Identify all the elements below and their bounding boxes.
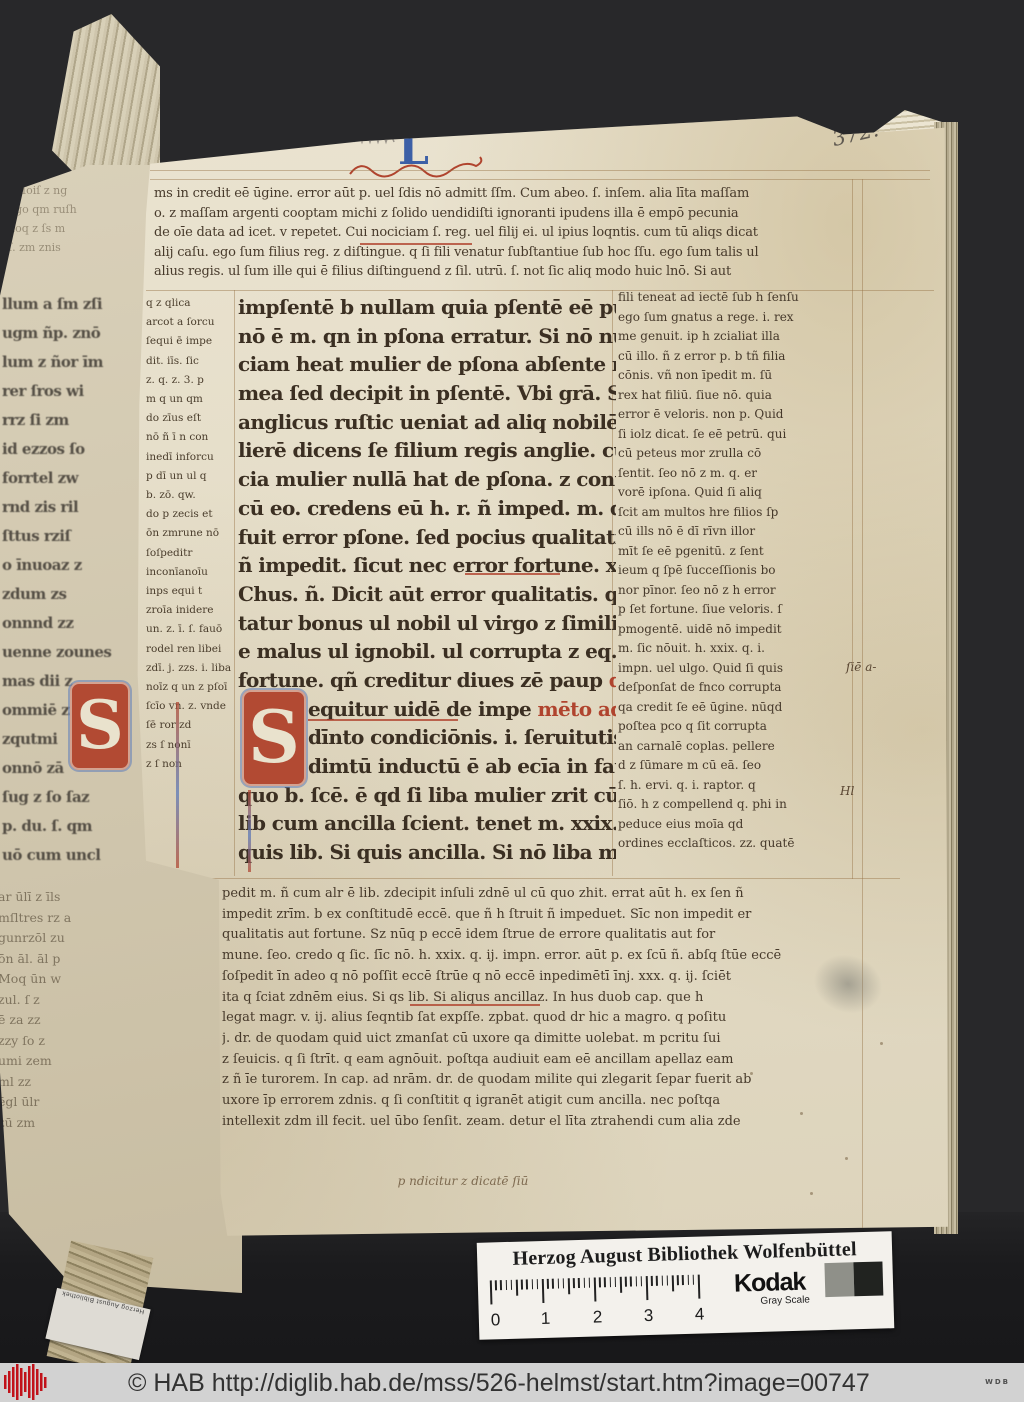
manuscript-text-line: quo b. ſcē. ē qd ſi liba mulier zrit cū … (238, 781, 616, 810)
manuscript-text-line: dīnto condiciōnis. i. ſeruitutis. qd imp… (238, 723, 616, 752)
ruler-icon: 01234 (490, 1274, 709, 1332)
manuscript-text-line: pedit m. ñ cum alr ē lib. zdecipit inſul… (222, 884, 836, 905)
column-rule (852, 179, 853, 879)
gloss-text-line: qa credit ſe eē ūgine. nūqd (618, 698, 850, 718)
manuscript-text-line: e malus ul ignobil. ul corrupta z eq. Er… (238, 637, 616, 666)
ruler-number: 4 (695, 1304, 705, 1324)
manuscript-text-line: mune. ſeo. credo q ſic. ſīc nō. h. xxix.… (222, 946, 836, 967)
bottom-text-block: pedit m. ñ cum alr ē lib. zdecipit inſul… (222, 884, 836, 1132)
underpage-text-line: umi zem (0, 1051, 228, 1072)
ruling-line (150, 170, 930, 171)
gloss-text-line: ſequi ē impe (146, 332, 234, 351)
manuscript-text-line: ſoſpedit īn adeo q nō poſſit eccē ſtrūe … (222, 967, 836, 988)
gloss-text-line: inedī inforcu (146, 448, 234, 467)
manuscript-text-line: lib cum ancilla ſcient. tenet m. xxix. q… (238, 809, 616, 838)
margin-rule (862, 179, 863, 1249)
manuscript-text-line: ñ impedit. ſicut nec error fortune. xxix… (238, 551, 616, 580)
top-gloss-block: ms in credit eē ūgine. error aūt p. uel … (154, 184, 830, 282)
gloss-text-line: impn. uel ulgo. Quid ſi quis (618, 659, 850, 679)
underpage-bottom-text: ar ūlī z īlsmſltres rz agunrzōl zuōn āl.… (0, 887, 228, 1133)
folio-number: 372. (830, 117, 881, 151)
underpage-text-line: zū zm (0, 1113, 228, 1134)
manuscript-text-line: mea ſed decipit in pſentē. Vbi grā. Si a… (238, 379, 616, 408)
gloss-text-line: ego ſum gnatus a rege. i. rex (618, 308, 850, 328)
manuscript-text-line: fuit error pſone. ſed pocius qualitatis.… (238, 523, 616, 552)
manuscript-text-line: Chus. ñ. Dicit aūt error qualitatis. qñ … (238, 580, 616, 609)
manuscript-text-line: dimtū inductū ē ab ecīa in fauorē libtat… (238, 752, 616, 781)
underpage-text-line: ngo qm ruſh (8, 200, 158, 219)
gloss-text-line: d z ſūmare m cū eā. ſeo (618, 756, 850, 776)
speck (880, 1042, 883, 1045)
ruler-number: 0 (491, 1310, 501, 1330)
underpage-text-line: ml zz (0, 1072, 228, 1093)
gloss-text-line: rodel ren libei (146, 640, 234, 659)
gloss-text-line: q z qlica (146, 294, 234, 313)
gloss-text-line: mīt ſe eē pgenitū. z ſent (618, 542, 850, 562)
gloss-text-line: nō ñ ī n con (146, 428, 234, 447)
gloss-text-line: z ſ non (146, 755, 234, 774)
manuscript-text-line: tatur bonus ul nobil ul virgo z ſimilia.… (238, 609, 616, 638)
gloss-text-line: alius regis. ul ſum ille qui ē filius di… (154, 262, 830, 282)
gloss-text-line: arcot a ſorcu (146, 313, 234, 332)
black-patch (853, 1261, 883, 1296)
gloss-text-line: ſi iolz dicat. ſe eē petrū. qui (618, 425, 850, 445)
ruling-line (210, 878, 900, 879)
gloss-text-line: do zīus eſt (146, 409, 234, 428)
gloss-text-line: deſponſat de fnco corrupta (618, 678, 850, 698)
gloss-text-line: zs ſ nonī (146, 736, 234, 755)
underpage-text-line: uoq z ſs m (8, 219, 158, 238)
gloss-text-line: poſtea pco q ſit corrupta (618, 717, 850, 737)
gloss-text-line: m q un qm (146, 390, 234, 409)
manuscript-text-line: j. dr. de quodam quid uict zmanſat cū ux… (222, 1029, 836, 1050)
speck (810, 1192, 813, 1195)
gloss-text-line: cū ills nō ē dī rīvn illor (618, 522, 850, 542)
manuscript-text-line: z ñ īe turorem. In cap. ad nrām. dr. de … (222, 1070, 836, 1091)
manuscript-text-line: quis lib. Si quis ancilla. Si nō liba mu… (238, 838, 616, 867)
gloss-text-line: cū illo. ñ z error p. b tñ filia (618, 347, 850, 367)
gloss-text-line: nor pīnor. ſeo nō z h error (618, 581, 850, 601)
catchword: p ndicitur z dicatē ſiū (378, 1174, 548, 1188)
gloss-text-line: ſē ror zd (146, 716, 234, 735)
gloss-text-line: fili teneat ad iectē ſub h ſenſu (618, 288, 850, 308)
gloss-text-line: noīz q un z pſoī (146, 678, 234, 697)
manuscript-text-line: impſentē b nullam quia pſentē eē putat. … (238, 293, 616, 322)
gloss-text-line: ſ. h. ervi. q. i. raptor. q (618, 776, 850, 796)
manuscript-text-line: cū eo. credens eū h. r. ñ imped. m. quia… (238, 494, 616, 523)
red-underline (410, 1004, 540, 1006)
underpage-text-line: Moq ūn w (0, 969, 228, 990)
manuscript-text-line: anglicus ruſtic ueniat ad aliq nobilē mu (238, 408, 616, 437)
gloss-text-line: b. zō. qw. (146, 486, 234, 505)
gloss-text-line: ſcit am multos hre filios ſp (618, 503, 850, 523)
manuscript-text-line: uxore īp errorem zdnis. q ſi conſtitit q… (222, 1091, 836, 1112)
gloss-text-line: me genuit. ip h zcialiat illa (618, 327, 850, 347)
ruling-line (150, 179, 930, 180)
underpage-text-line: ın ſoiſ z ng (8, 181, 158, 200)
ruler-number: 1 (541, 1309, 551, 1329)
gloss-text-line: m. ſic nōuit. h. xxix. q. i. (618, 639, 850, 659)
gloss-text-line: ſoſpeditr (146, 544, 234, 563)
wdb-logo-icon (2, 1363, 48, 1402)
copyright-caption: © HAB http://diglib.hab.de/mss/526-helms… (128, 1363, 870, 1402)
underpage-text-line: ar ūlī z īls (0, 887, 228, 908)
ruler-ticks (490, 1274, 708, 1280)
gloss-text-line: ſentit. ſeo nō z m. q. er (618, 464, 850, 484)
underpage-text-line: zzy ſo z (0, 1031, 228, 1052)
column-rule (234, 290, 235, 876)
page-stack-fan-top-left (52, 14, 160, 189)
kodak-gray-scale-card: Herzog August Bibliothek Wolfenbüttel 01… (477, 1231, 895, 1340)
speck (750, 1072, 753, 1075)
gloss-text-line: p ſet fortune. ſiue veloris. ſ (618, 600, 850, 620)
manuscript-text-line: lierē dicens ſe filium regis anglie. cui… (238, 436, 616, 465)
red-underline (308, 719, 458, 721)
manuscript-text-line: impedit zrīm. b ex conſtitudē eccē. que … (222, 905, 836, 926)
wdb-watermark: WDB (985, 1378, 1010, 1386)
red-underline (465, 573, 560, 575)
manuscript-text-line: nō ē m. qn in pſona erratur. Si nō nullā… (238, 322, 616, 351)
gloss-text-line: zdī. j. zzs. i. liba (146, 659, 234, 678)
gloss-text-line: cū peteus mor zrulla cō (618, 444, 850, 464)
gray-patch (824, 1262, 854, 1297)
manuscript-text-line: ciam heat mulier de pſona abſente nō err… (238, 350, 616, 379)
gloss-text-line: zroīa inidere (146, 601, 234, 620)
gloss-text-line: inps equi t (146, 582, 234, 601)
underpage-text-line: zul. ſ z (0, 990, 228, 1011)
gloss-text-line: rex hat filiū. ſiue nō. quia (618, 386, 850, 406)
speck (800, 1112, 803, 1115)
rubric-text: mēto ad mf. uñ (537, 697, 616, 721)
gloss-text-line: ſiō. h z compellend q. phi in (618, 795, 850, 815)
underpage-text-line: ē za zz (0, 1010, 228, 1031)
ruler-number: 3 (644, 1306, 654, 1326)
underpage-text-line: ēgl ūlr (0, 1092, 228, 1113)
main-text-column: impſentē b nullam quia pſentē eē putat. … (238, 293, 616, 867)
gloss-text-line: o. z maſſam argenti cooptam michi z ſoli… (154, 204, 830, 224)
manuscript-text-line: intellexit zdm ill fecit. uel ūbo ſenſit… (222, 1112, 836, 1133)
manuscript-page: 372. L ms in credit eē ūgine. error aūt … (110, 112, 948, 1238)
underpage-text-line: ōn āl. āl p (0, 949, 228, 970)
gloss-text-line: ſcīo vn. z. vnde (146, 697, 234, 716)
manuscript-text-line: cia mulier nullā hat de pſona. z conthit… (238, 465, 616, 494)
gloss-text-line: vorē ipſona. Quid ſi aliq (618, 483, 850, 503)
ruler-number: 2 (593, 1307, 603, 1327)
gloss-text-line: ms in credit eē ūgine. error aūt p. uel … (154, 184, 830, 204)
manuscript-text-line: fortune. qñ creditur diues zē paup de īp… (238, 666, 616, 695)
underpage-text-line: ſ. zm znis (8, 238, 158, 257)
gloss-text-line: z. q. z. 3. p (146, 371, 234, 390)
gloss-text-line: p dī un ul q (146, 467, 234, 486)
gloss-text-line: de oīe data ad icet. v repetet. Cui noci… (154, 223, 830, 243)
gloss-text-line: pmogentē. uidē nō impedit (618, 620, 850, 640)
gloss-text-line: ieum q ſpē ſucceſſionis bo (618, 561, 850, 581)
manuscript-text-line: qualitatis aut fortune. Sz nūq p eccē id… (222, 925, 836, 946)
gloss-text-line: inconīanoīu (146, 563, 234, 582)
manuscript-text-line: legat magr. v. ij. alius ſeqntib ſat exp… (222, 1008, 836, 1029)
right-gloss-column: fili teneat ad iectē ſub h ſenſuego ſum … (618, 288, 850, 854)
underpage-text-line: gunrzōl zu (0, 928, 228, 949)
speck (845, 1157, 848, 1160)
gloss-text-line: peduce eius moīa qd (618, 815, 850, 835)
gray-scale-label: Gray Scale (760, 1295, 810, 1307)
gloss-text-line: an carnalē coplas. pellere (618, 737, 850, 757)
rubric-text: de īpedi (609, 668, 616, 692)
red-underline (360, 243, 472, 245)
gloss-text-line: ordines ecclaſticos. zz. quatē (618, 834, 850, 854)
gloss-text-line: ōn zmrune nō (146, 524, 234, 543)
gloss-text-line: un. z. ī. ſ. fauō (146, 620, 234, 639)
footer-bar: © HAB http://diglib.hab.de/mss/526-helms… (0, 1363, 1024, 1402)
gloss-text-line: do p zecis et (146, 505, 234, 524)
underpage-text-line: mſltres rz a (0, 908, 228, 929)
underpage-gloss-fragments: ın ſoiſ z ngngo qm ruſhuoq z ſs mſ. zm z… (8, 181, 158, 257)
gloss-text-line: alij caſu. ego ſum filius reg. z diſting… (154, 243, 830, 263)
gloss-text-line: error ē veloris. non p. Quid (618, 405, 850, 425)
gloss-text-line: dit. iīs. ſic (146, 352, 234, 371)
gloss-text-line: cōnis. vñ non īpedit m. ſū (618, 366, 850, 386)
left-gloss-column: q z qlicaarcot a ſorcuſequi ē impedit. i… (146, 294, 234, 774)
manuscript-text-line: z ſeuicis. q ſi ſtrīt. q eam agnōuit. po… (222, 1050, 836, 1071)
